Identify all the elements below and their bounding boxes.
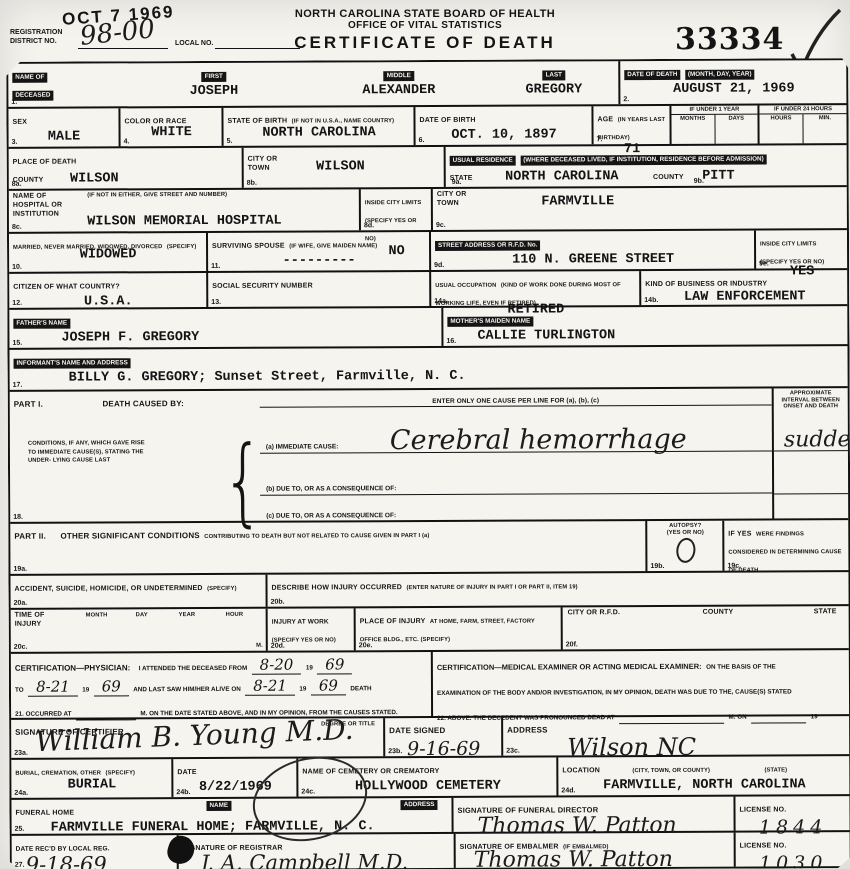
field-date-of-birth: DATE OF BIRTH OCT. 10, 1897 6. [413, 106, 591, 145]
row-marital: MARRIED, NEVER MARRIED, WIDOWED, DIVORCE… [9, 230, 847, 274]
field-if-under-24-hours: IF UNDER 24 HOURS HOURS MIN. [757, 105, 846, 143]
field-death-city: CITY OR TOWN WILSON 8b. [242, 147, 444, 188]
field-injury-city-county-state: CITY OR R.F.D. COUNTY STATE 20f. [561, 606, 849, 649]
field-injury-at-work: INJURY AT WORK (SPECIFY YES OR NO) 20d. [266, 608, 354, 650]
field-funeral-director-signature: SIGNATURE OF FUNERAL DIRECTOR Thomas W. … [451, 797, 733, 832]
row-certifier-signature: SIGNATURE OF CERTIFIER DEGREE OR TITLE W… [11, 716, 849, 760]
field-embalmer-signature: SIGNATURE OF EMBALMER (IF EMBALMED) Thom… [454, 833, 734, 868]
death-certificate-scan: OCT 7 1969 98-00 REGISTRATION DISTRICT N… [0, 0, 850, 869]
part1-conditions-note: CONDITIONS, IF ANY, WHICH GAVE RISE TO I… [28, 439, 148, 466]
certifier-signature-handwritten: William B. Young M.D. [35, 713, 354, 758]
field-death-county: PLACE OF DEATH COUNTY WILSON 8a. [9, 148, 242, 189]
field-autopsy: AUTOPSY? (YES OR NO) 19b. [645, 521, 722, 571]
attended-from-year: 69 [317, 655, 352, 674]
field-marital-status: MARRIED, NEVER MARRIED, WIDOWED, DIVORCE… [9, 233, 206, 272]
field-mothers-maiden-name: MOTHER'S MAIDEN NAME CALLIE TURLINGTON 1… [441, 306, 847, 346]
field-color-or-race: COLOR OR RACE WHITE 4. [118, 108, 221, 146]
field-certification-physician: CERTIFICATION—PHYSICIAN: I ATTENDED THE … [11, 652, 431, 718]
row-informant: INFORMANT'S NAME AND ADDRESS BILLY G. GR… [9, 346, 847, 392]
attended-to-date: 8-21 [28, 678, 78, 697]
field-burial-cremation: BURIAL, CREMATION, OTHER (SPECIFY) BURIA… [11, 759, 171, 798]
row-accident: ACCIDENT, SUICIDE, HOMICIDE, OR UNDETERM… [10, 572, 848, 610]
board-of-health-title: NORTH CAROLINA STATE BOARD OF HEALTH [225, 8, 625, 20]
field-hours: HOURS [759, 114, 802, 143]
field-hospital-name: NAME OF HOSPITAL OR INSTITUTION (IF NOT … [9, 189, 359, 232]
certificate-title: CERTIFICATE OF DEATH [225, 33, 625, 53]
attended-from-date: 8-20 [252, 656, 302, 675]
section-part-2: PART II. OTHER SIGNIFICANT CONDITIONS CO… [10, 520, 848, 576]
part1-left-column: PART I. DEATH CAUSED BY: CONDITIONS, IF … [10, 391, 261, 522]
cause-line-c: (c) DUE TO, OR AS A CONSEQUENCE OF: [260, 494, 772, 522]
embalmer-license-handwritten: 1030 [740, 852, 847, 869]
field-state-of-birth: STATE OF BIRTH (IF NOT IN U.S.A., NAME C… [221, 107, 413, 146]
office-subtitle: OFFICE OF VITAL STATISTICS [225, 20, 625, 31]
field-date-received: DATE REC'D BY LOCAL REG. 9-18-69 27. [12, 835, 177, 869]
field-burial-location: LOCATION (CITY, TOWN, OR COUNTY) (STATE)… [556, 756, 849, 795]
attended-to-year: 69 [94, 677, 129, 696]
field-place-of-injury: PLACE OF INJURY AT HOME, FARM, STREET, F… [354, 607, 561, 650]
autopsy-circled-no-mark [674, 537, 696, 564]
field-street-address: STREET ADDRESS OR R.F.D. No. 110 N. GREE… [429, 231, 754, 270]
field-surviving-spouse: SURVIVING SPOUSE (IF WIFE, GIVE MAIDEN N… [206, 232, 429, 271]
row-burial: BURIAL, CREMATION, OTHER (SPECIFY) BURIA… [11, 756, 849, 800]
field-fathers-name: FATHER'S NAME JOSEPH F. GREGORY 15. [9, 308, 441, 348]
field-inside-city-limits-residence: INSIDE CITY LIMITS (SPECIFY YES OR NO) Y… [754, 230, 847, 268]
field-findings-considered: IF YES WERE FINDINGS CONSIDERED IN DETER… [722, 520, 848, 571]
certificate-serial-number: 33334 [675, 22, 784, 57]
embalmer-signature-handwritten: Thomas W. Patton [460, 847, 731, 869]
row-demographics: SEX MALE 3. COLOR OR RACE WHITE 4. STATE… [8, 105, 846, 149]
local-no-label: LOCAL NO. [175, 40, 213, 47]
field-director-license: LICENSE NO. 1844 [733, 796, 849, 831]
row-registrar: DATE REC'D BY LOCAL REG. 9-18-69 27. SIG… [12, 832, 850, 869]
field-other-significant-conditions: PART II. OTHER SIGNIFICANT CONDITIONS CO… [10, 521, 645, 574]
field-describe-injury: DESCRIBE HOW INJURY OCCURRED (ENTER NATU… [265, 572, 848, 607]
registration-district-handwritten: 98-00 [79, 14, 157, 52]
field-sex: SEX MALE 3. [8, 108, 118, 146]
field-business-or-industry: KIND OF BUSINESS OR INDUSTRY LAW ENFORCE… [639, 270, 847, 305]
field-date-signed: DATE SIGNED 9-16-69 23b. [383, 718, 501, 757]
registration-district-line [78, 48, 168, 49]
field-date-of-death: DATE OF DEATH (MONTH, DAY, YEAR) AUGUST … [618, 60, 846, 104]
last-seen-date: 8-21 [245, 677, 295, 696]
field-middle-name: MIDDLE ALEXANDER [308, 62, 488, 106]
field-if-under-1-year: IF UNDER 1 YEAR MONTHS DAYS [669, 106, 757, 144]
field-time-of-injury: TIME OF INJURY MONTH DAY YEAR HOUR 20c. … [11, 609, 266, 652]
cause-line-b: (b) DUE TO, OR AS A CONSEQUENCE OF: [260, 452, 772, 496]
registration-district-label: REGISTRATION DISTRICT NO. [10, 28, 62, 46]
field-inside-city-limits-death: INSIDE CITY LIMITS (SPECIFY YES OR NO) N… [359, 189, 431, 230]
row-certification: CERTIFICATION—PHYSICIAN: I ATTENDED THE … [11, 650, 849, 720]
field-usual-residence: USUAL RESIDENCE (WHERE DECEASED LIVED, I… [444, 145, 847, 187]
field-citizen-country: CITIZEN OF WHAT COUNTRY? U.S.A. 12. [9, 273, 206, 308]
date-received-handwritten: 9-18-69 [16, 852, 174, 869]
field-signature-of-certifier: SIGNATURE OF CERTIFIER DEGREE OR TITLE W… [11, 718, 383, 758]
field-months: MONTHS [671, 115, 714, 144]
certificate-form: NAME OF DECEASED 1. FIRST JOSEPH MIDDLE … [6, 58, 850, 869]
row-funeral-home: FUNERAL HOME NAME ADDRESS FARMVILLE FUNE… [11, 796, 849, 836]
part1-interval-column: APPROXIMATE INTERVAL BETWEEN ONSET AND D… [772, 388, 849, 518]
field-residence-city: CITY OR TOWN FARMVILLE 9c. [431, 187, 847, 230]
field-age: AGE (IN YEARS LAST BIRTHDAY) 71 7. [591, 106, 669, 144]
row-name: NAME OF DECEASED 1. FIRST JOSEPH MIDDLE … [8, 60, 846, 109]
cause-line-a: (a) IMMEDIATE CAUSE: Cerebral hemorrhage [260, 406, 772, 454]
field-social-security-number: SOCIAL SECURITY NUMBER 13. [206, 272, 429, 307]
part1-cause-lines: ENTER ONLY ONE CAUSE PER LINE FOR (a), (… [260, 389, 773, 521]
section-part-1: PART I. DEATH CAUSED BY: CONDITIONS, IF … [10, 388, 849, 524]
field-min: MIN. [802, 114, 846, 143]
field-days: DAYS [714, 115, 758, 144]
registrar-signature-handwritten: J. A. Campbell M.D. [183, 850, 451, 869]
field-last-name: LAST GREGORY [488, 61, 618, 105]
field-certifier-address: ADDRESS Wilson NC 23c. [501, 716, 849, 756]
field-name-of-deceased: NAME OF DECEASED 1. [8, 63, 118, 106]
field-informant: INFORMANT'S NAME AND ADDRESS BILLY G. GR… [9, 346, 847, 390]
last-seen-year: 69 [311, 676, 346, 695]
field-accident-suicide-homicide: ACCIDENT, SUICIDE, HOMICIDE, OR UNDETERM… [10, 575, 265, 608]
form-header: NORTH CAROLINA STATE BOARD OF HEALTH OFF… [225, 8, 625, 53]
row-parents: FATHER'S NAME JOSEPH F. GREGORY 15. MOTH… [9, 306, 847, 350]
row-time-of-injury: TIME OF INJURY MONTH DAY YEAR HOUR 20c. … [11, 606, 849, 654]
interval-handwritten: sudden [784, 427, 850, 452]
row-citizen: CITIZEN OF WHAT COUNTRY? U.S.A. 12. SOCI… [9, 270, 847, 310]
row-hospital: NAME OF HOSPITAL OR INSTITUTION (IF NOT … [9, 187, 847, 234]
field-embalmer-license: LICENSE NO. 1030 [734, 832, 850, 867]
field-certification-medical-examiner: CERTIFICATION—MEDICAL EXAMINER OR ACTING… [431, 650, 849, 716]
field-first-name: FIRST JOSEPH [118, 63, 308, 107]
brace-glyph: { [222, 425, 264, 537]
row-place-of-death: PLACE OF DEATH COUNTY WILSON 8a. CITY OR… [9, 145, 847, 191]
field-funeral-home: FUNERAL HOME NAME ADDRESS FARMVILLE FUNE… [11, 798, 451, 834]
field-usual-occupation: USUAL OCCUPATION (KIND OF WORK DONE DURI… [429, 271, 639, 306]
